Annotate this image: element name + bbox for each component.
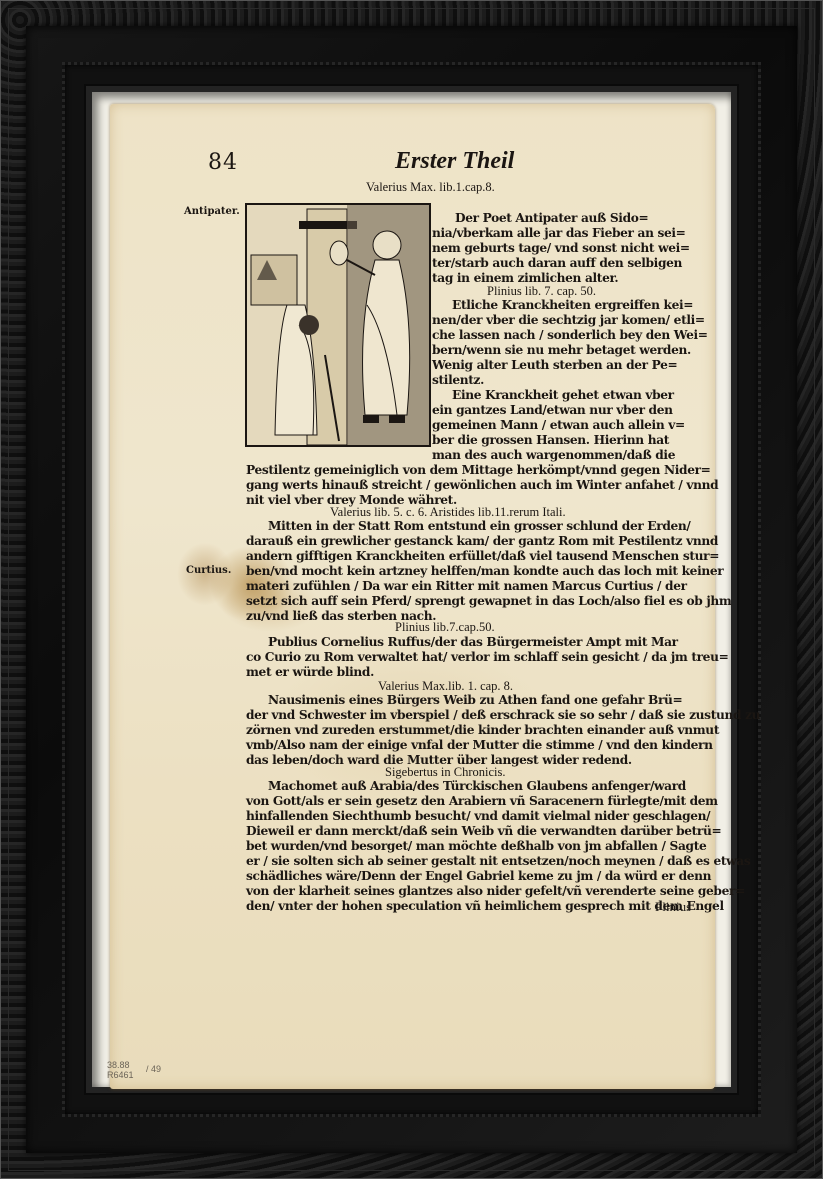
text-line: nem geburts tage/ vnd sonst nicht wei= [432, 241, 690, 255]
text-line: darauß ein grewlicher gestanck kam/ der … [246, 534, 718, 548]
page-number: 84 [208, 150, 238, 175]
catchword: Plinius [655, 899, 691, 915]
text-line: Machomet auß Arabia/des Türckischen Glau… [268, 779, 686, 793]
pencil-annotation-line2: R6461 [107, 1070, 134, 1080]
text-line: von der klarheit seines glantzes also ni… [246, 884, 745, 898]
text-line: Etliche Kranckheiten ergreiffen kei= [452, 298, 693, 312]
text-line: met er würde blind. [246, 665, 374, 679]
text-line: er / sie solten sich ab seiner gestalt n… [246, 854, 750, 868]
text-line: setzt sich auff sein Pferd/ sprengt gewa… [246, 594, 731, 608]
text-line: zörnen vnd zureden erstummet/die kinder … [246, 723, 719, 737]
text-line: Publius Cornelius Ruffus/der das Bürgerm… [268, 635, 678, 649]
text-line: materi zufühlen / Da war ein Ritter mit … [246, 579, 687, 593]
text-line: bet wurden/vnd besorget/ man möchte deßh… [246, 839, 706, 853]
text-line: bern/wenn sie nu mehr betaget werden. [432, 343, 691, 357]
text-line: Der Poet Antipater auß Sido= [455, 211, 648, 225]
text-line: Eine Kranckheit gehet etwan vber [452, 388, 674, 402]
text-line: von Gott/als er sein gesetz den Arabiern… [246, 794, 718, 808]
text-line: schädliches wäre/Denn der Engel Gabriel … [246, 869, 711, 883]
text-line: ben/vnd mocht kein artzney helffen/man k… [246, 564, 723, 578]
text-line: Pestilentz gemeiniglich von dem Mittage … [246, 463, 711, 477]
text-line: Dieweil er dann merckt/daß sein Weib vñ … [246, 824, 721, 838]
woodcut-illustration [245, 203, 431, 447]
citation: Valerius lib. 5. c. 6. Aristides lib.11.… [330, 505, 566, 520]
text-line: stilentz. [432, 373, 484, 387]
text-line: ein gantzes Land/etwan nur vber den [432, 403, 673, 417]
woodcut-image-icon [247, 205, 429, 445]
text-line: tag in einem zimlichen alter. [432, 271, 618, 285]
text-line: gemeinen Mann / etwan auch allein v= [432, 418, 685, 432]
marginal-note: Antipater. [184, 206, 240, 217]
running-head: Erster Theil [395, 148, 514, 175]
text-line: che lassen nach / sonderlich bey den Wei… [432, 328, 708, 342]
text-line: nen/der vber die sechtzig jar komen/ etl… [432, 313, 705, 327]
pencil-annotation-fraction: / 49 [146, 1064, 161, 1074]
text-line: Nausimenis eines Bürgers Weib zu Athen f… [268, 693, 682, 707]
text-line: Wenig alter Leuth sterben an der Pe= [432, 358, 677, 372]
text-line: gang werts hinauß streicht / gewönlichen… [246, 478, 718, 492]
text-line: ber die grossen Hansen. Hierinn hat [432, 433, 669, 447]
citation: Sigebertus in Chronicis. [385, 765, 505, 780]
marginal-note: Curtius. [186, 565, 231, 576]
text-line: der vnd Schwester im vberspiel / deß ers… [246, 708, 760, 722]
citation: Valerius Max.lib. 1. cap. 8. [378, 679, 513, 694]
text-line: man des auch wargenommen/daß die [432, 448, 675, 462]
citation: Valerius Max. lib.1.cap.8. [366, 180, 495, 195]
text-line: nia/vberkam alle jar das Fieber an sei= [432, 226, 686, 240]
pencil-annotation-line1: 38.88 [107, 1060, 130, 1070]
citation: Plinius lib. 7. cap. 50. [487, 284, 596, 299]
text-line: hinfallenden Siechthumb besucht/ vnd dam… [246, 809, 710, 823]
text-line: vmb/Also nam der einige vnfal der Mutter… [246, 738, 713, 752]
text-line: Mitten in der Statt Rom entstund ein gro… [268, 519, 691, 533]
text-line: co Curio zu Rom verwaltet hat/ verlor im… [246, 650, 728, 664]
text-line: den/ vnter der hohen speculation vñ heim… [246, 899, 724, 913]
text-line: ter/starb auch daran auff den selbigen [432, 256, 682, 270]
citation: Plinius lib.7.cap.50. [395, 620, 495, 635]
text-line: andern gifftigen Kranckheiten erfüllet/d… [246, 549, 719, 563]
